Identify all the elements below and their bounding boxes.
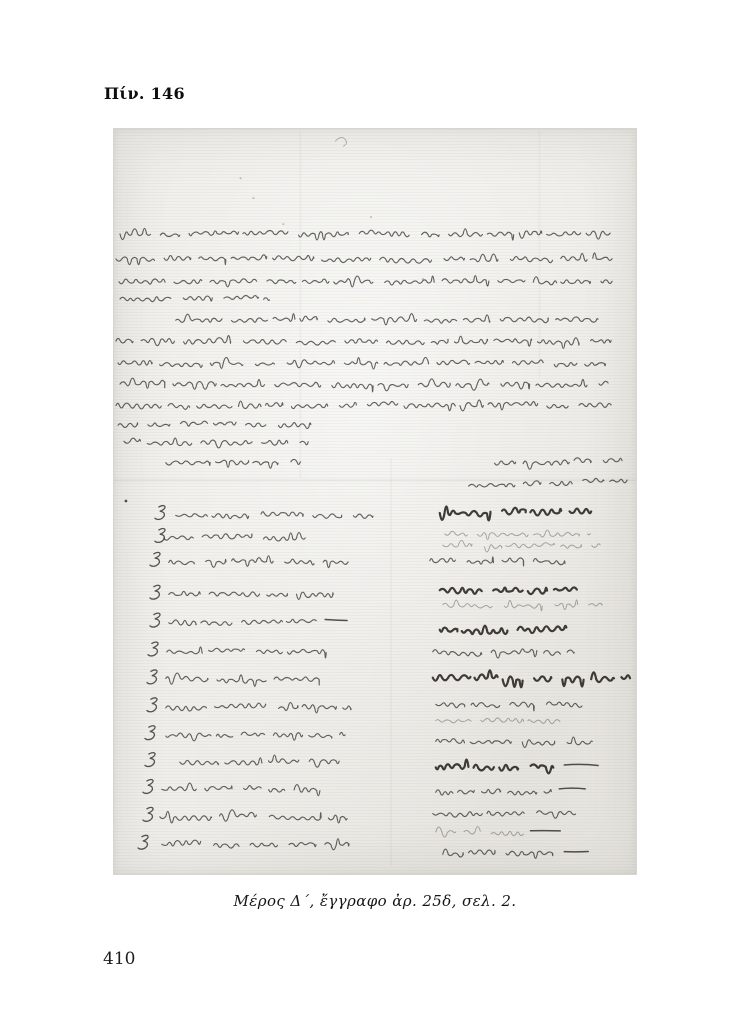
book-page: Πίν. 146 Μέρος Δ΄, ἔγγραφο ἀρ. 25δ, σελ.… xyxy=(0,0,743,1027)
manuscript-handwriting xyxy=(114,129,636,874)
page-number: 410 xyxy=(103,949,135,969)
manuscript-photo xyxy=(113,128,637,875)
plate-label: Πίν. 146 xyxy=(104,84,185,103)
figure-caption: Μέρος Δ΄, ἔγγραφο ἀρ. 25δ, σελ. 2. xyxy=(113,892,637,910)
